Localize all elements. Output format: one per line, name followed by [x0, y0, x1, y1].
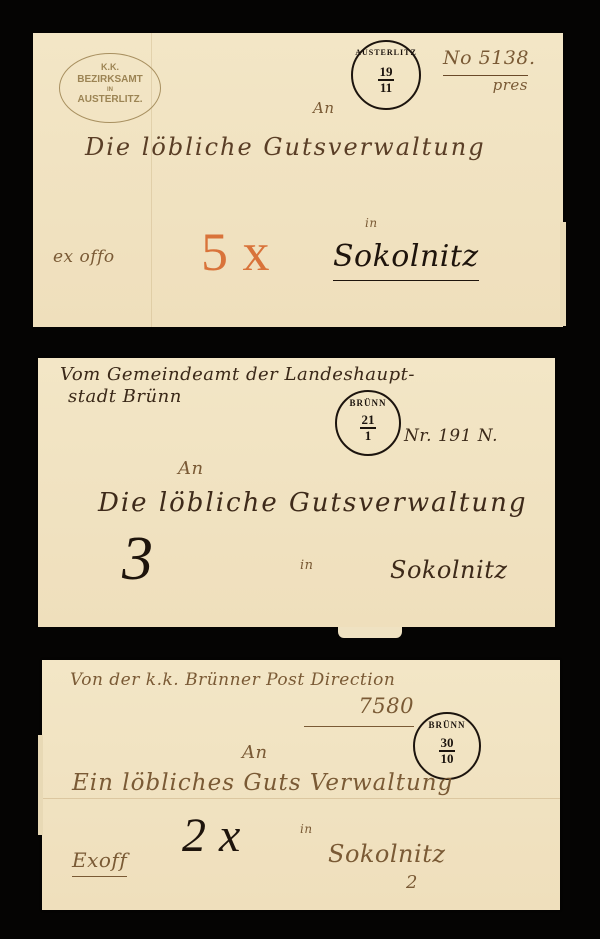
sender-line-1: Vom Gemeindeamt der Landeshaupt- [60, 364, 415, 385]
datestamp: BRÜNN 21 1 [335, 390, 401, 456]
reference-number: 7580 [304, 694, 414, 727]
preposition: in [300, 558, 314, 573]
destination: Sokolnitz [328, 840, 445, 868]
letter-3: Von der k.k. Brünner Post Direction 7580… [42, 660, 560, 910]
datestamp-town: BRÜNN [415, 720, 479, 730]
letter-1-fold-edge [560, 222, 566, 326]
letter-2: Vom Gemeindeamt der Landeshaupt- stadt B… [38, 358, 555, 627]
office-stamp-line-1: K.K. [60, 63, 160, 72]
datestamp-month: 10 [415, 751, 479, 767]
fold-line [42, 798, 560, 799]
note: 2 [406, 872, 418, 893]
datestamp-town: BRÜNN [337, 398, 399, 408]
addressee: Die löbliche Gutsverwaltung [98, 488, 527, 518]
letter-2-fold-tab [338, 627, 402, 638]
datestamp: AUSTERLITZ 19 11 [351, 40, 421, 110]
reference-number: No 5138. [443, 47, 536, 69]
datestamp-town: AUSTERLITZ [353, 48, 419, 57]
datestamp-month: 11 [353, 80, 419, 96]
datestamp-day: 21 [337, 412, 399, 428]
sender: Von der k.k. Brünner Post Direction [70, 670, 395, 690]
sender-line-2: stadt Brünn [68, 386, 182, 407]
reference-initials: pres [443, 75, 528, 94]
salutation: An [313, 99, 335, 117]
postage-rate: 3 [122, 524, 154, 595]
preposition: in [365, 216, 378, 230]
datestamp-day: 30 [415, 735, 479, 751]
postage-rate: 2 x [182, 808, 241, 863]
addressee: Ein löbliches Guts Verwaltung [72, 770, 453, 796]
salutation: An [178, 458, 204, 479]
letter-3-fold-edge [38, 735, 43, 835]
destination: Sokolnitz [333, 239, 479, 281]
preposition: in [300, 822, 313, 836]
datestamp-month: 1 [337, 428, 399, 444]
salutation: An [242, 742, 268, 763]
letter-1: K.K. BEZIRKSAMT IN AUSTERLITZ. AUSTERLIT… [33, 33, 563, 327]
endorsement: ex offo [53, 247, 115, 267]
office-stamp: K.K. BEZIRKSAMT IN AUSTERLITZ. [59, 53, 161, 123]
postage-rate: 5 x [201, 221, 270, 283]
endorsement: Exoff [72, 848, 127, 877]
destination: Sokolnitz [390, 556, 507, 584]
datestamp-day: 19 [353, 64, 419, 80]
office-stamp-line-4: AUSTERLITZ. [60, 95, 160, 105]
reference-number: Nr. 191 N. [404, 426, 498, 446]
office-stamp-line-2: BEZIRKSAMT [60, 75, 160, 85]
addressee: Die löbliche Gutsverwaltung [85, 133, 486, 161]
office-stamp-line-3: IN [60, 87, 160, 93]
